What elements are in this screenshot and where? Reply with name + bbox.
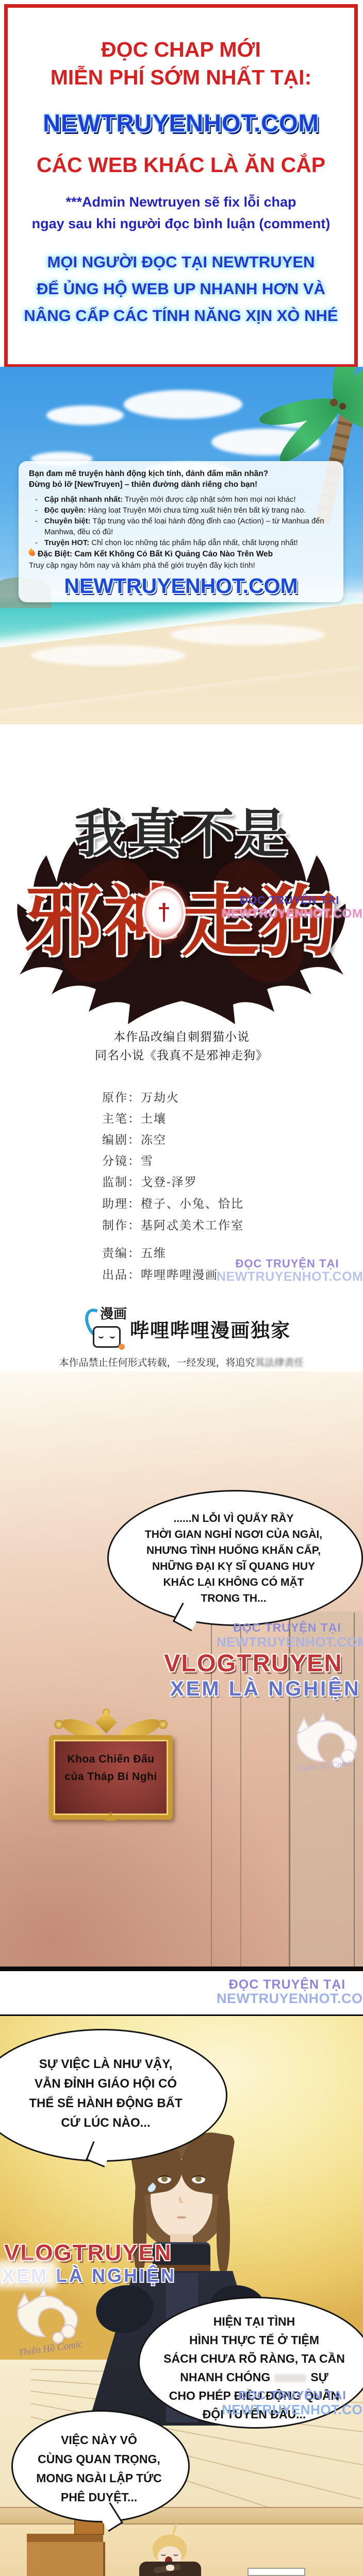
bullet-label: Cập nhật nhanh nhất: xyxy=(44,496,123,504)
watermark-line2: NEWTRUYENHOT.COM xyxy=(217,1991,358,2007)
bullet-dash: - xyxy=(35,538,38,549)
bullet-label: Độc quyền: xyxy=(44,506,86,515)
bubble-line: VẪN ĐỈNH GIÁO HỘI CÓ xyxy=(5,2074,206,2094)
panel-divider-bar xyxy=(0,1967,363,1971)
ad-banner-box: ĐỌC CHAP MỚI MIỄN PHÍ SỚM NHẤT TẠI: NEWT… xyxy=(4,4,358,368)
bullet-label: Chuyên biệt: xyxy=(44,517,91,526)
cabinet-front xyxy=(27,2542,105,2576)
speech-bubble-2-text: SỰ VIỆC LÀ NHƯ VẬY, VẪN ĐỈNH GIÁO HỘI CÓ… xyxy=(5,2055,206,2133)
beach-promo-image: Bạn đam mê truyện hành động kịch tính, đ… xyxy=(0,367,363,724)
speech-bubble-4-text: VIỆC NÀY VÔ CÙNG QUAN TRỌNG, MONG NGÀI L… xyxy=(23,2431,175,2507)
watermark-line1: ĐỌC TRUYỆN TẠI xyxy=(217,1977,358,1992)
ad-site-name: NEWTRUYENHOT.COM xyxy=(8,109,354,137)
ad-line3: CÁC WEB KHÁC LÀ ĂN CẮP xyxy=(8,153,354,177)
surf-foam xyxy=(170,624,325,645)
bubble-line: NHANH CHÓNGSỰ xyxy=(155,2368,354,2386)
ad-admin-note-1: ***Admin Newtruyen sẽ fix lỗi chap xyxy=(8,194,354,210)
comic-reader-page: ĐỌC CHAP MỚI MIỄN PHÍ SỚM NHẤT TẠI: NEWT… xyxy=(0,0,363,2576)
bubble-line: MONG NGÀI LẬP TỨC xyxy=(23,2469,175,2488)
logo-dot xyxy=(119,1344,125,1350)
ad-glow-line1: MỌI NGƯỜI ĐỌC TẠI NEWTRUYEN xyxy=(8,253,354,272)
bullet-dash: - xyxy=(35,495,38,505)
bubble-line: THỂ SẼ HÀNH ĐỘNG BẤT xyxy=(5,2094,206,2113)
series-title-top: 我真不是 xyxy=(0,792,363,868)
promo-bullet: -Truyện HOT: Chỉ chọn lọc những tác phẩm… xyxy=(29,538,333,549)
disclaimer: 本作品禁止任何形式转载，一经发现，将追究其法律责任 xyxy=(0,1355,363,1369)
sign-text-1: Khoa Chiến Đấu xyxy=(54,1753,168,1766)
character-sidelock-right xyxy=(217,2189,230,2275)
credit-line: 编剧：冻空 xyxy=(102,1130,167,1147)
credit-line: 分镜：雪 xyxy=(102,1151,154,1168)
promo-text-box: Bạn đam mê truyện hành động kịch tính, đ… xyxy=(19,461,343,602)
vlogtruyen-tagline: XEM LÀ NGHIỆN xyxy=(170,1677,361,1701)
fox-watermark-icon xyxy=(5,2277,82,2347)
bullet-dash: - xyxy=(35,505,38,516)
watermark-line1: ĐỌC TRUYỆN TẠI xyxy=(217,1257,358,1270)
messenger-hand xyxy=(166,2565,174,2571)
bullet-label: Truyện HOT: xyxy=(44,539,89,547)
ad-glow-line3: NÂNG CẤP CÁC TÍNH NĂNG XỊN XÒ NHÉ xyxy=(8,307,354,325)
sign-notch xyxy=(105,1812,116,1821)
bubble-line: SÁCH CHƯA RÕ RÀNG, TA CẦN xyxy=(155,2349,354,2368)
watermark-line2: NEWTRUYENHOT.COM xyxy=(217,1269,358,1284)
bubble-line: KHÁC LẠI KHÔNG CÓ MẶT xyxy=(123,1574,344,1590)
tv-eye xyxy=(110,1334,115,1338)
battle-department-sign: Khoa Chiến Đấu của Tháp Bí Nghi xyxy=(49,1708,173,1821)
coconut xyxy=(330,399,338,406)
watermark-line1: ĐỌC TRUYỆN TẠI xyxy=(222,894,358,907)
character-iris-right xyxy=(195,2176,202,2182)
watermark-line1: ĐỌC TRUYỆN TẠI xyxy=(217,1621,358,1635)
bubble-line: ......N LỖI VÌ QUẤY RẦY xyxy=(123,1511,344,1527)
bubble-line: HÌNH THỰC TẾ Ở TIỆM xyxy=(155,2331,354,2349)
adaptation-note-1: 本作品改编自刺猬猫小说 xyxy=(0,1027,363,1044)
credit-line: 助理：橙子、小兔、恰比 xyxy=(102,1194,244,1211)
watermark-line2: NEWTRUYENHOT.COM xyxy=(222,2402,363,2418)
cloud xyxy=(124,390,242,419)
flame-icon xyxy=(27,548,37,557)
watermark-line2: NEWTRUYENHOT.COM xyxy=(222,907,358,921)
bubble-line: THỜI GIAN NGHỈ NGƠI CỦA NGÀI, xyxy=(123,1527,344,1543)
bilibili-manga-logo: 漫画 xyxy=(86,1303,127,1351)
promo-intro-1: Bạn đam mê truyện hành động kịch tính, đ… xyxy=(29,468,333,479)
tv-eye xyxy=(98,1334,104,1338)
bullet-text: Chỉ chọn lọc những tác phẩm hấp dẫn nhất… xyxy=(89,539,298,547)
messenger-eye-right xyxy=(173,2552,178,2556)
sign-text-2: của Tháp Bí Nghi xyxy=(54,1771,168,1783)
bubble-line: PHÊ DUYỆT... xyxy=(23,2488,175,2507)
disclaimer-text: 本作品禁止任何形式转载，一经发现，将追究 xyxy=(59,1358,255,1368)
tv-icon xyxy=(93,1326,121,1348)
bubble-line: SỰ VIỆC LÀ NHƯ VẬY, xyxy=(5,2055,206,2074)
credit-line: 出品：哔哩哔哩漫画 xyxy=(102,1265,218,1282)
sign-frame: Khoa Chiến Đấu của Tháp Bí Nghi xyxy=(49,1735,173,1820)
bubble-line-text: SỰ xyxy=(310,2370,328,2384)
promo-bullet: -Cập nhật nhanh nhất: Truyện mới được cậ… xyxy=(29,495,333,505)
logo-manhua-text: 漫画 xyxy=(100,1303,127,1323)
vlogtruyen-watermark: VLOGTRUYEN xyxy=(164,1649,342,1677)
demon-eye-icon: † xyxy=(142,886,186,940)
disclaimer-blurred-text: 其法律责任 xyxy=(255,1358,304,1368)
bubble-line: NHƯNG TÌNH HUỐNG KHẨN CẤP, xyxy=(123,1543,344,1558)
promo-bullet: -Độc quyền: Hàng loạt Truyện Mới chưa từ… xyxy=(29,505,333,516)
coconut xyxy=(339,403,346,410)
sign-crown-scroll xyxy=(54,1720,63,1729)
bubble-line: CÙNG QUAN TRỌNG, xyxy=(23,2450,175,2469)
ad-line1: ĐỌC CHAP MỚI xyxy=(8,38,354,62)
promo-intro-2: Đừng bỏ lỡ [NewTruyen] – thiên đường dàn… xyxy=(29,479,333,490)
watermark-line2: NEWTRUYENHOT.COM xyxy=(217,1634,358,1650)
bullet-dash: - xyxy=(35,516,38,527)
door-frame-line xyxy=(354,1613,355,1967)
exclusive-text: 哔哩哔哩漫画独家 xyxy=(130,1315,291,1343)
promo-bullet: -Chuyên biệt: Tập trung vào thể loại hàn… xyxy=(29,516,333,538)
messenger-eye-left xyxy=(161,2552,166,2556)
bubble-line: NHỮNG ĐẠI KỴ SĨ QUANG HUY xyxy=(123,1558,344,1574)
credit-line: 主笔：土壤 xyxy=(102,1109,167,1126)
credit-line: 制作：基阿忒美术工作室 xyxy=(102,1216,244,1233)
cabinet-top xyxy=(27,2534,103,2542)
ad-admin-note-2: ngay sau khi người đọc bình luận (commen… xyxy=(8,216,354,232)
credit-line: 原作：万劫火 xyxy=(102,1088,179,1105)
ad-line2: MIỄN PHÍ SỚM NHẤT TẠI: xyxy=(8,65,354,90)
promo-special-text: Đặc Biệt: Cam Kết Không Có Bất Kì Quảng … xyxy=(38,550,273,558)
ad-glow-line2: ĐỂ ỦNG HỘ WEB UP NHANH HƠN VÀ xyxy=(8,280,354,298)
censored-blur xyxy=(274,2374,306,2382)
bubble-line: VIỆC NÀY VÔ xyxy=(23,2431,175,2450)
eye-dagger-glyph: † xyxy=(157,899,171,925)
character-iris-left xyxy=(161,2176,168,2182)
bullet-text: Hàng loạt Truyện Mới chưa từng xuất hiện… xyxy=(86,506,306,515)
bubble-line: CỨ LÚC NÀO... xyxy=(5,2113,206,2133)
cloud xyxy=(46,405,124,425)
sign-crown-scroll xyxy=(158,1720,168,1729)
surf-foam xyxy=(31,645,186,666)
promo-site-name: NEWTRUYENHOT.COM xyxy=(29,574,333,598)
bullet-text: Truyện mới được cập nhật sớm hơn mọi nơi… xyxy=(123,496,296,504)
bubble-line-text: NHANH CHÓNG xyxy=(180,2370,270,2384)
bubble-line: TRONG TH... xyxy=(123,1590,344,1606)
character-mouth xyxy=(177,2216,186,2218)
speech-bubble-1-text: ......N LỖI VÌ QUẤY RẦY THỜI GIAN NGHỈ N… xyxy=(123,1511,344,1606)
bubble-line: HIỆN TẠI TÌNH xyxy=(155,2312,354,2331)
paper-sheet xyxy=(247,2568,305,2576)
adaptation-note-2: 同名小说《我真不是邪神走狗》 xyxy=(0,1046,363,1063)
promo-cta: Truy cập ngay hôm nay và khám phá thế gi… xyxy=(29,560,333,571)
credit-line: 责编：五维 xyxy=(102,1244,167,1261)
watermark-line1: ĐỌC TRUYỆN TẠI xyxy=(222,2388,363,2402)
credit-line: 监制：戈登-泽罗 xyxy=(102,1173,197,1190)
promo-special-line: Đặc Biệt: Cam Kết Không Có Bất Kì Quảng … xyxy=(29,549,333,560)
